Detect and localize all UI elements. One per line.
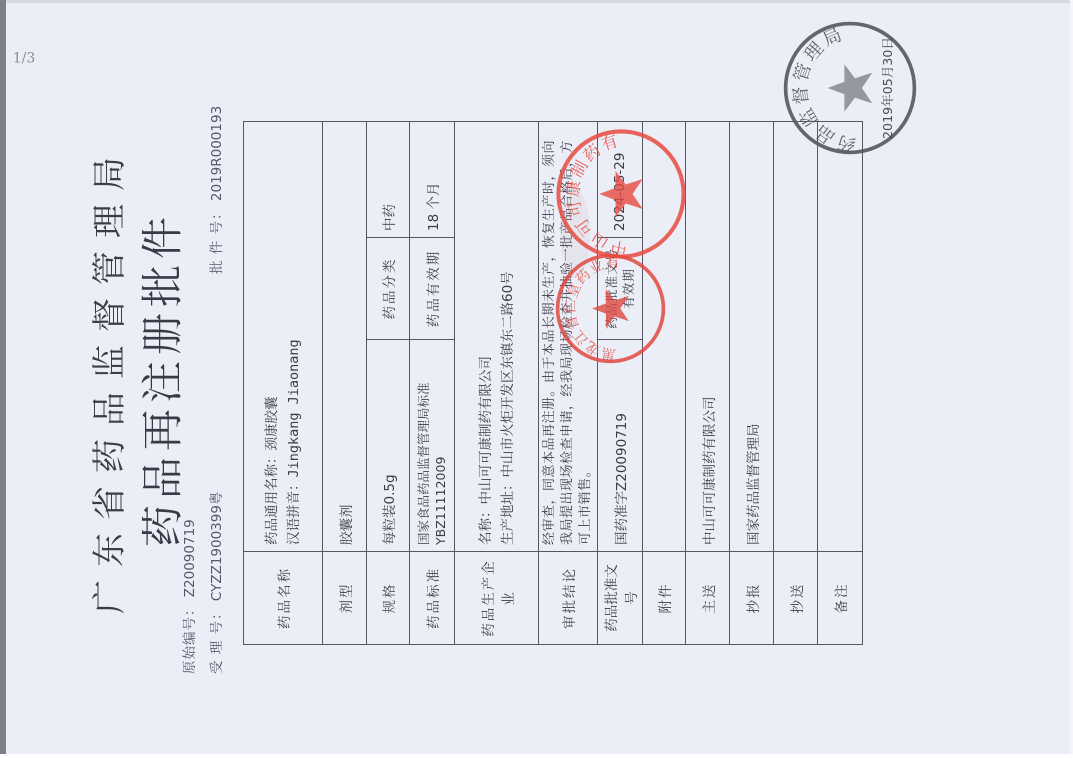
row-label-dosage-form: 剂型 bbox=[323, 552, 367, 645]
sub-value-drug-category: 中药 bbox=[367, 122, 410, 238]
row-value-specification: 每粒装0.5g bbox=[367, 340, 410, 552]
acceptance-number-label: 受 理 号： bbox=[209, 605, 225, 674]
sub-value-shelf-life: 18 个月 bbox=[410, 122, 455, 238]
pinyin-key: 汉语拼音： bbox=[286, 478, 302, 546]
document-page: 1/3 广东省药品监督管理局 药品再注册批件 原始编号： Z20090719 受… bbox=[0, 0, 1073, 758]
row-value-drug-name: 药品通用名称：颈康胶囊 汉语拼音：Jingkang Jiaonang bbox=[244, 122, 323, 552]
bureau-seal-stamp: 药品监督管理局 2019年05月30日 bbox=[780, 18, 920, 158]
table-row-main-recipient: 主送 中山可可康制药有限公司 bbox=[686, 122, 730, 645]
table-row-manufacturer: 药品生产企业 名称：中山可可康制药有限公司 生产地址：中山市火炬开发区东镇东二路… bbox=[455, 122, 539, 645]
row-value-dosage-form: 胶囊剂 bbox=[323, 122, 367, 552]
row-value-report-to: 国家药品监督管理局 bbox=[730, 122, 774, 552]
table-row-remarks: 备注 bbox=[818, 122, 863, 645]
acceptance-number: 受 理 号： CYZZ1900399粤 bbox=[205, 492, 225, 674]
sub-label-drug-category: 药品分类 bbox=[367, 238, 410, 340]
row-label-attachment: 附件 bbox=[643, 552, 686, 645]
row-value-remarks bbox=[818, 122, 863, 552]
generic-name-line: 药品通用名称：颈康胶囊 bbox=[261, 128, 283, 545]
generic-name-key: 药品通用名称： bbox=[264, 451, 280, 546]
official-seal-icon: 药品监督管理局 2019年05月30日 bbox=[780, 18, 920, 158]
issuing-organization: 广东省药品监督管理局 bbox=[82, 0, 131, 758]
row-label-report-to: 抄报 bbox=[730, 552, 774, 645]
table-row-copy-to: 抄送 bbox=[774, 122, 818, 645]
row-label-main-recipient: 主送 bbox=[686, 552, 730, 645]
registration-table: 药品名称 药品通用名称：颈康胶囊 汉语拼音：Jingkang Jiaonang … bbox=[243, 122, 846, 645]
approval-number-label: 批 件 号： bbox=[209, 205, 225, 274]
pinyin-line: 汉语拼音：Jingkang Jiaonang bbox=[283, 128, 305, 545]
row-value-drug-standard: 国家食品药品监督管理局标准 YBZ11112009 bbox=[410, 340, 455, 552]
red-seal-icon: 中山可可康制药有限公司 bbox=[553, 126, 689, 262]
manufacturer-name-key: 名称： bbox=[478, 505, 494, 546]
manufacturer-name-line: 名称：中山可可康制药有限公司 bbox=[475, 128, 497, 545]
company-seal-stamp-2: 中山可可康制药有限公司 bbox=[553, 126, 689, 262]
handwritten-page-mark: 1/3 bbox=[13, 51, 36, 67]
approval-number-value: 2019R000193 bbox=[209, 106, 225, 201]
table-row-dosage-form: 剂型 胶囊剂 bbox=[323, 122, 367, 645]
standard-code: YBZ11112009 bbox=[432, 346, 449, 545]
row-label-remarks: 备注 bbox=[818, 552, 863, 645]
row-value-copy-to bbox=[774, 122, 818, 552]
company-seal-stamp-1: 黑龙江省仁皇药业有限公司 bbox=[553, 251, 668, 366]
red-seal-icon: 黑龙江省仁皇药业有限公司 bbox=[553, 251, 668, 366]
row-label-manufacturer: 药品生产企业 bbox=[455, 552, 539, 645]
table-row-specification: 规格 每粒装0.5g 药品分类 中药 bbox=[367, 122, 410, 645]
manufacturer-name-value: 中山可可康制药有限公司 bbox=[478, 356, 494, 505]
svg-text:2019年05月30日: 2019年05月30日 bbox=[880, 37, 895, 139]
original-number: 原始编号： Z20090719 bbox=[178, 519, 198, 674]
manufacturer-address-line: 生产地址：中山市火炬开发区东镇东二路60号 bbox=[497, 128, 519, 545]
row-value-manufacturer: 名称：中山可可康制药有限公司 生产地址：中山市火炬开发区东镇东二路60号 bbox=[455, 122, 539, 552]
row-label-copy-to: 抄送 bbox=[774, 552, 818, 645]
table-row-report-to: 抄报 国家药品监督管理局 bbox=[730, 122, 774, 645]
original-number-value: Z20090719 bbox=[182, 519, 198, 597]
row-label-drug-name: 药品名称 bbox=[244, 552, 323, 645]
sub-label-shelf-life: 药品有效期 bbox=[410, 238, 455, 340]
row-value-approval-number: 国药准字Z20090719 bbox=[598, 340, 643, 552]
row-value-main-recipient: 中山可可康制药有限公司 bbox=[686, 122, 730, 552]
row-label-specification: 规格 bbox=[367, 552, 410, 645]
approval-number: 批 件 号： 2019R000193 bbox=[205, 106, 225, 274]
standard-name: 国家食品药品监督管理局标准 bbox=[415, 346, 432, 545]
generic-name-value: 颈康胶囊 bbox=[264, 397, 280, 451]
manufacturer-address-key: 生产地址： bbox=[500, 478, 516, 546]
row-label-drug-standard: 药品标准 bbox=[410, 552, 455, 645]
table-row-drug-standard: 药品标准 国家食品药品监督管理局标准 YBZ11112009 药品有效期 18 … bbox=[410, 122, 455, 645]
row-label-approval-number: 药品批准文号 bbox=[598, 552, 643, 645]
original-number-label: 原始编号： bbox=[182, 602, 198, 675]
table-row-drug-name: 药品名称 药品通用名称：颈康胶囊 汉语拼音：Jingkang Jiaonang bbox=[244, 122, 323, 645]
acceptance-number-value: CYZZ1900399粤 bbox=[209, 492, 225, 602]
pinyin-value: Jingkang Jiaonang bbox=[286, 339, 302, 477]
manufacturer-address-value: 中山市火炬开发区东镇东二路60号 bbox=[500, 271, 516, 477]
row-label-conclusion: 审批结论 bbox=[539, 552, 598, 645]
